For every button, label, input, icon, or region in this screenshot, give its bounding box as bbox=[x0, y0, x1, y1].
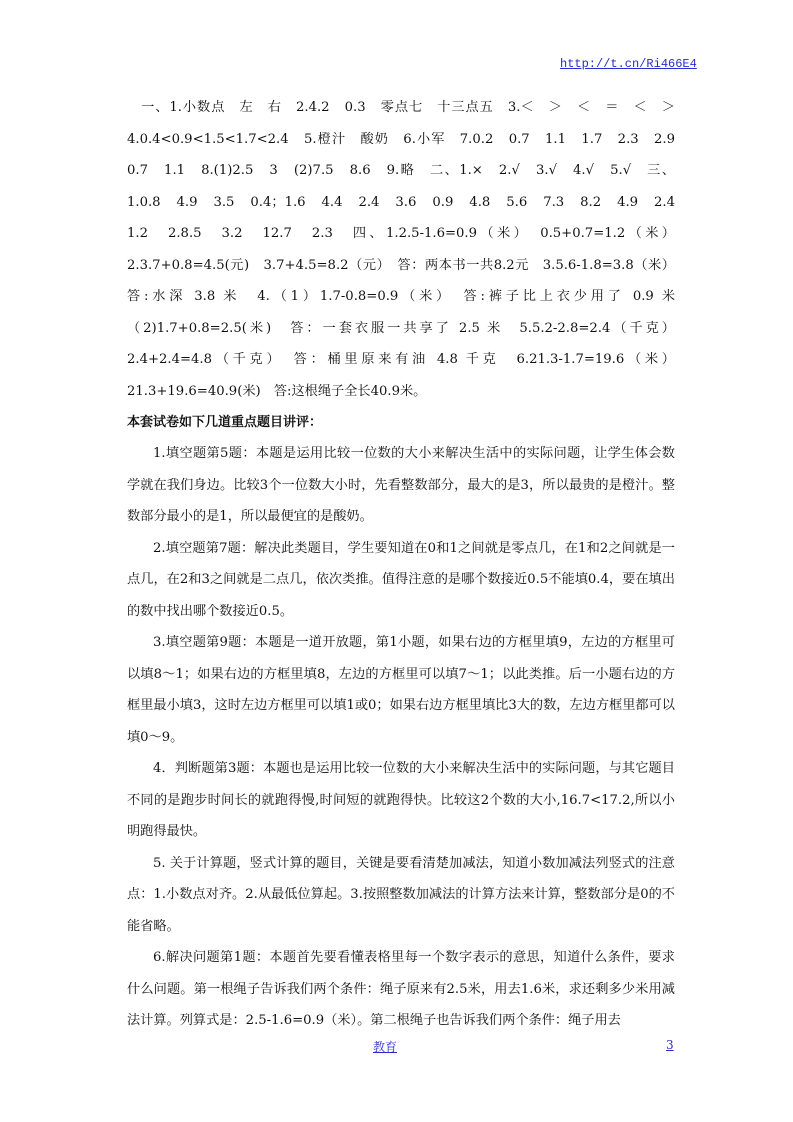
answer-line: 2.4+2.4=4.8（千克） 答：桶里原来有油 4.8 千克 6.21.3-1… bbox=[127, 344, 675, 376]
review-heading: 本套试卷如下几道重点题目讲评： bbox=[127, 407, 675, 438]
answer-line: 答:水深 3.8 米 4.（1）1.7-0.8=0.9（米） 答:裤子比上衣少用… bbox=[127, 281, 675, 313]
answer-line: 4.0.4<0.9<1.5<1.7<2.4 5.橙汁 酸奶 6.小军 7.0.2… bbox=[127, 124, 675, 156]
answer-line: 21.3+19.6=40.9(米) 答:这根绳子全长40.9米。 bbox=[127, 376, 675, 408]
answer-key: 一、1.小数点 左 右 2.4.2 0.3 零点七 十三点五 3.＜ ＞ ＜ ＝… bbox=[127, 92, 675, 407]
review-paragraph-4: 4．判断题第3题：本题也是运用比较一位数的大小来解决生活中的实际问题，与其它题目… bbox=[127, 753, 675, 848]
answer-line: 0.7 1.1 8.(1)2.5 3 (2)7.5 8.6 9.略 二、1.× … bbox=[127, 155, 675, 187]
answer-line: 2.3.7+0.8=4.5(元) 3.7+4.5=8.2（元） 答：两本书一共8… bbox=[127, 250, 675, 282]
review-paragraph-6: 6.解决问题第1题：本题首先要看懂表格里每一个数字表示的意思，知道什么条件，要求… bbox=[127, 942, 675, 1037]
answer-line: 一、1.小数点 左 右 2.4.2 0.3 零点七 十三点五 3.＜ ＞ ＜ ＝… bbox=[127, 92, 675, 124]
review-paragraph-3: 3.填空题第9题：本题是一道开放题，第1小题，如果右边的方框里填9，左边的方框里… bbox=[127, 627, 675, 753]
answer-line: 1.0.8 4.9 3.5 0.4；1.6 4.4 2.4 3.6 0.9 4.… bbox=[127, 187, 675, 219]
header-url-link[interactable]: http://t.cn/Ri466E4 bbox=[560, 57, 697, 71]
footer-education-link[interactable]: 教育 bbox=[373, 1038, 397, 1055]
page-number-link[interactable]: 3 bbox=[666, 1038, 674, 1052]
answer-line: 1.2 2.8.5 3.2 12.7 2.3 四、1.2.5-1.6=0.9（米… bbox=[127, 218, 675, 250]
review-paragraph-5: 5. 关于计算题，竖式计算的题目，关键是要看清楚加减法，知道小数加减法列竖式的注… bbox=[127, 848, 675, 943]
review-paragraph-1: 1.填空题第5题：本题是运用比较一位数的大小来解决生活中的实际问题，让学生体会数… bbox=[127, 438, 675, 533]
review-paragraph-2: 2.填空题第7题：解决此类题目，学生要知道在0和1之间就是零点几，在1和2之间就… bbox=[127, 533, 675, 628]
document-body: 一、1.小数点 左 右 2.4.2 0.3 零点七 十三点五 3.＜ ＞ ＜ ＝… bbox=[127, 92, 675, 1037]
answer-line: （2)1.7+0.8=2.5(米) 答：一套衣服一共享了 2.5 米 5.5.2… bbox=[127, 313, 675, 345]
